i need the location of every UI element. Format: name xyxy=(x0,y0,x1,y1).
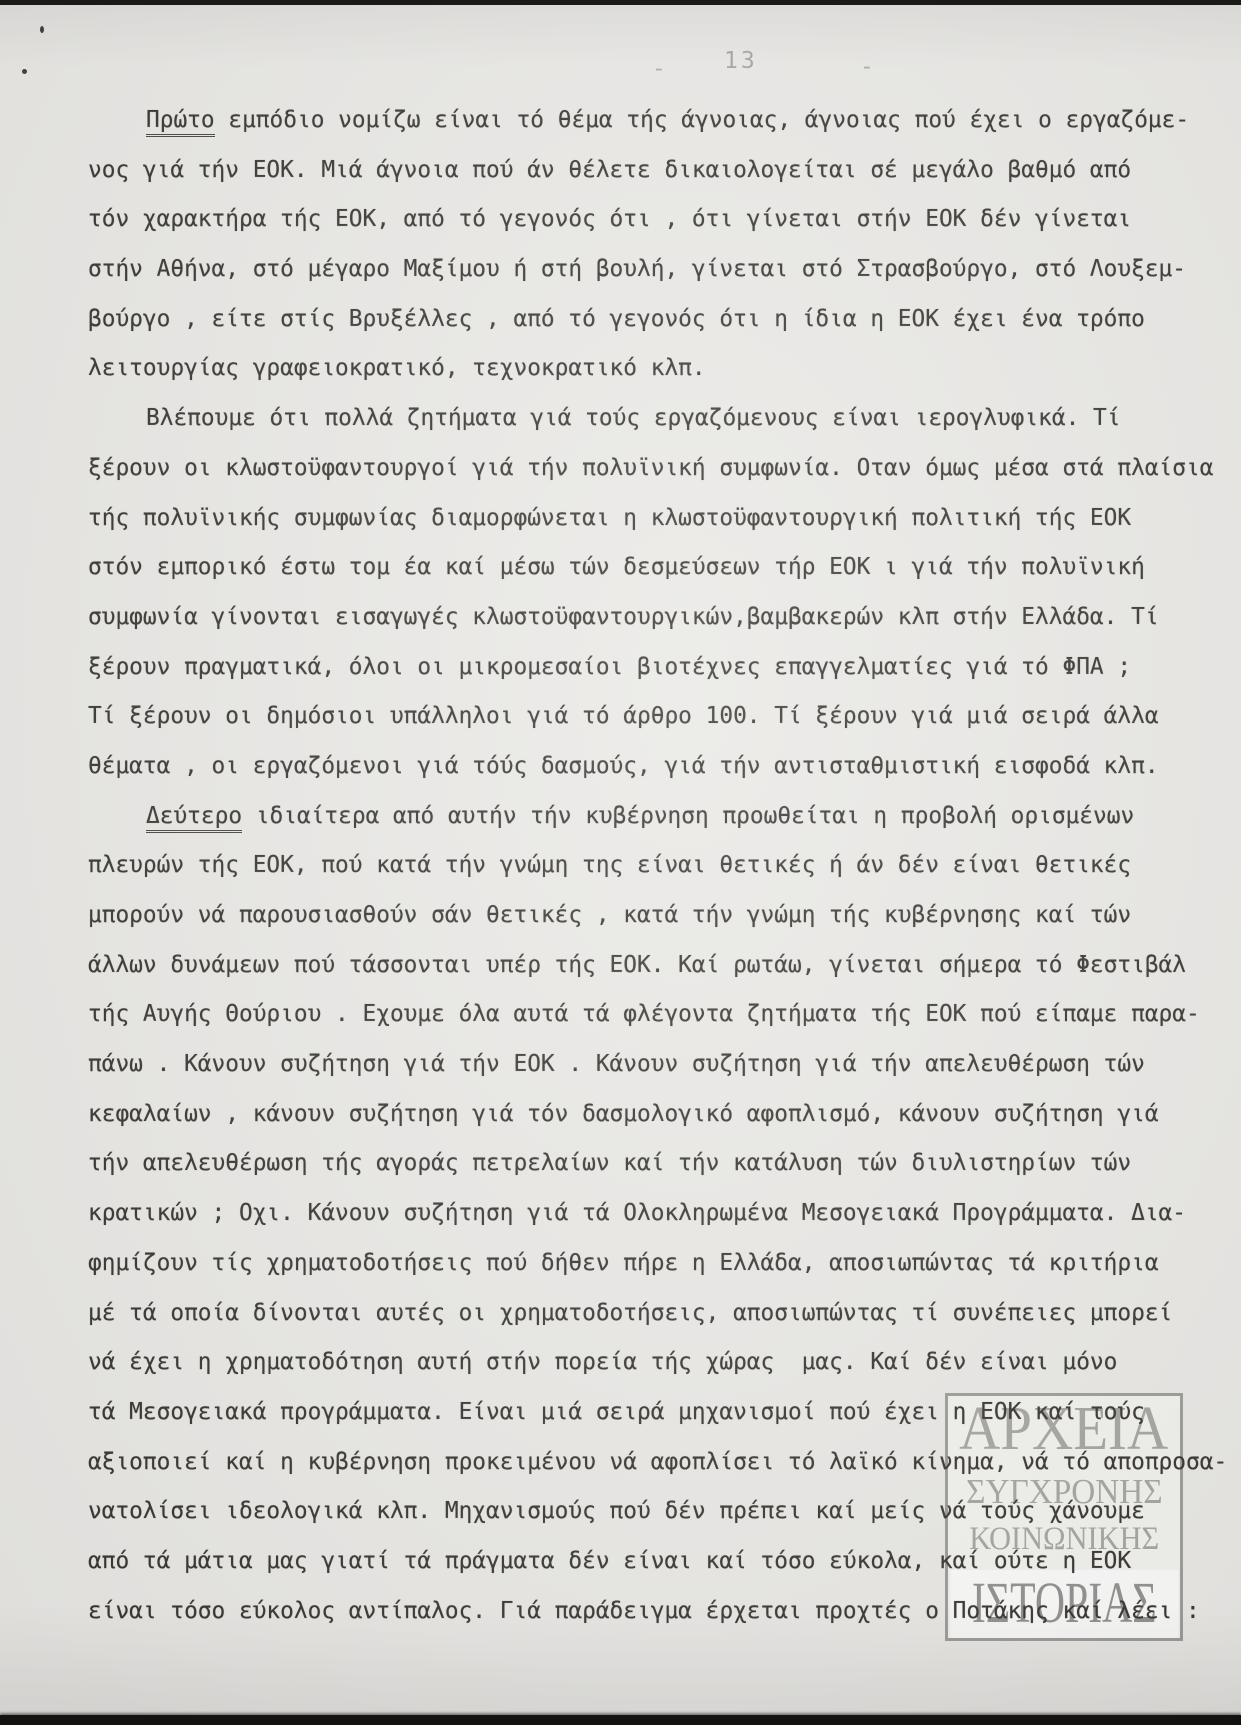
text-line: βούργο , είτε στίς Βρυξέλλες , από τό γε… xyxy=(88,295,1238,345)
text-line: στόν εμπορικό έστω τομ έα καί μέσω τών δ… xyxy=(88,543,1238,593)
text-line: πάνω . Κάνουν συζήτηση γιά τήν ΕΟΚ . Κάν… xyxy=(88,1040,1238,1090)
page-number-dash-left: - xyxy=(652,56,666,82)
text-line: ξέρουν οι κλωστοϋφαντουργοί γιά τήν πολυ… xyxy=(88,444,1238,494)
underlined-word: Δεύτερο xyxy=(146,803,242,833)
text-line: θέματα , οι εργαζόμενοι γιά τόύς δασμούς… xyxy=(88,742,1238,792)
text-line: τόν χαρακτήρα τής ΕΟΚ, από τό γεγονός ότ… xyxy=(88,195,1238,245)
page-number-dash-right: - xyxy=(860,54,874,80)
text-line: νος γιά τήν ΕΟΚ. Μιά άγνοια πού άν θέλετ… xyxy=(88,146,1238,196)
text-line: πλευρών τής ΕΟΚ, πού κατά τήν γνώμη της … xyxy=(88,841,1238,891)
text-line: τής Αυγής Θούριου . Εχουμε όλα αυτά τά φ… xyxy=(88,990,1238,1040)
text-line: είναι τόσο εύκολος αντίπαλος. Γιά παράδε… xyxy=(88,1587,1238,1637)
text-line: αξιοποιεί καί η κυβέρνηση προκειμένου νά… xyxy=(88,1438,1238,1488)
text-line: λειτουργίας γραφειοκρατικό, τεχνοκρατικό… xyxy=(88,344,1238,394)
text-line: μέ τά οποία δίνονται αυτές οι χρηματοδοτ… xyxy=(88,1289,1238,1339)
text-line: στήν Αθήνα, στό μέγαρο Μαξίμου ή στή βου… xyxy=(88,245,1238,295)
text-line: συμφωνία γίνονται εισαγωγές κλωστοϋφαντο… xyxy=(88,593,1238,643)
text-line: φημίζουν τίς χρηματοδοτήσεις πού δήθεν π… xyxy=(88,1239,1238,1289)
text-line: από τά μάτια μας γιατί τά πράγματα δέν ε… xyxy=(88,1537,1238,1587)
page-header: - 13 - xyxy=(0,46,1241,76)
text-line: κεφαλαίων , κάνουν συζήτηση γιά τόν δασμ… xyxy=(88,1090,1238,1140)
scan-edge-top xyxy=(0,0,1241,5)
text-line: τά Μεσογειακά προγράμματα. Είναι μιά σει… xyxy=(88,1388,1238,1438)
text-line: κρατικών ; Οχι. Κάνουν συζήτηση γιά τά Ο… xyxy=(88,1189,1238,1239)
document-body: Πρώτο εμπόδιο νομίζω είναι τό θέμα τής ά… xyxy=(88,96,1238,1636)
ink-speck xyxy=(40,26,44,33)
text-line: Τί ξέρουν οι δημόσιοι υπάλληλοι γιά τό ά… xyxy=(88,692,1238,742)
ink-speck xyxy=(22,69,27,74)
scanned-document-page: - 13 - ΑΡΧΕΙΑΣΥΓΧΡΟΝΗΣΚΟΙΝΩΝΙΚΗΣΙΣΤΟΡΙΑΣ… xyxy=(0,0,1241,1725)
text-line: νά έχει η χρηματοδότηση αυτή στήν πορεία… xyxy=(88,1338,1238,1388)
scan-edge-bottom xyxy=(0,1715,1241,1725)
text-line: Πρώτο εμπόδιο νομίζω είναι τό θέμα τής ά… xyxy=(88,96,1238,146)
text-line: μπορούν νά παρουσιασθούν σάν θετικές , κ… xyxy=(88,891,1238,941)
text-line: άλλων δυνάμεων πού τάσσονται υπέρ τής ΕΟ… xyxy=(88,941,1238,991)
text-line: τής πολυϊνικής συμφωνίας διαμορφώνεται η… xyxy=(88,494,1238,544)
text-line: Βλέπουμε ότι πολλά ζητήματα γιά τούς εργ… xyxy=(88,394,1238,444)
text-line: ξέρουν πραγματικά, όλοι οι μικρομεσαίοι … xyxy=(88,643,1238,693)
text-line: τήν απελευθέρωση τής αγοράς πετρελαίων κ… xyxy=(88,1139,1238,1189)
page-number: 13 xyxy=(724,48,758,74)
text-line: νατολίσει ιδεολογικά κλπ. Μηχανισμούς πο… xyxy=(88,1487,1238,1537)
underlined-word: Πρώτο xyxy=(146,107,215,137)
text-line: Δεύτερο ιδιαίτερα από αυτήν τήν κυβέρνησ… xyxy=(88,792,1238,842)
